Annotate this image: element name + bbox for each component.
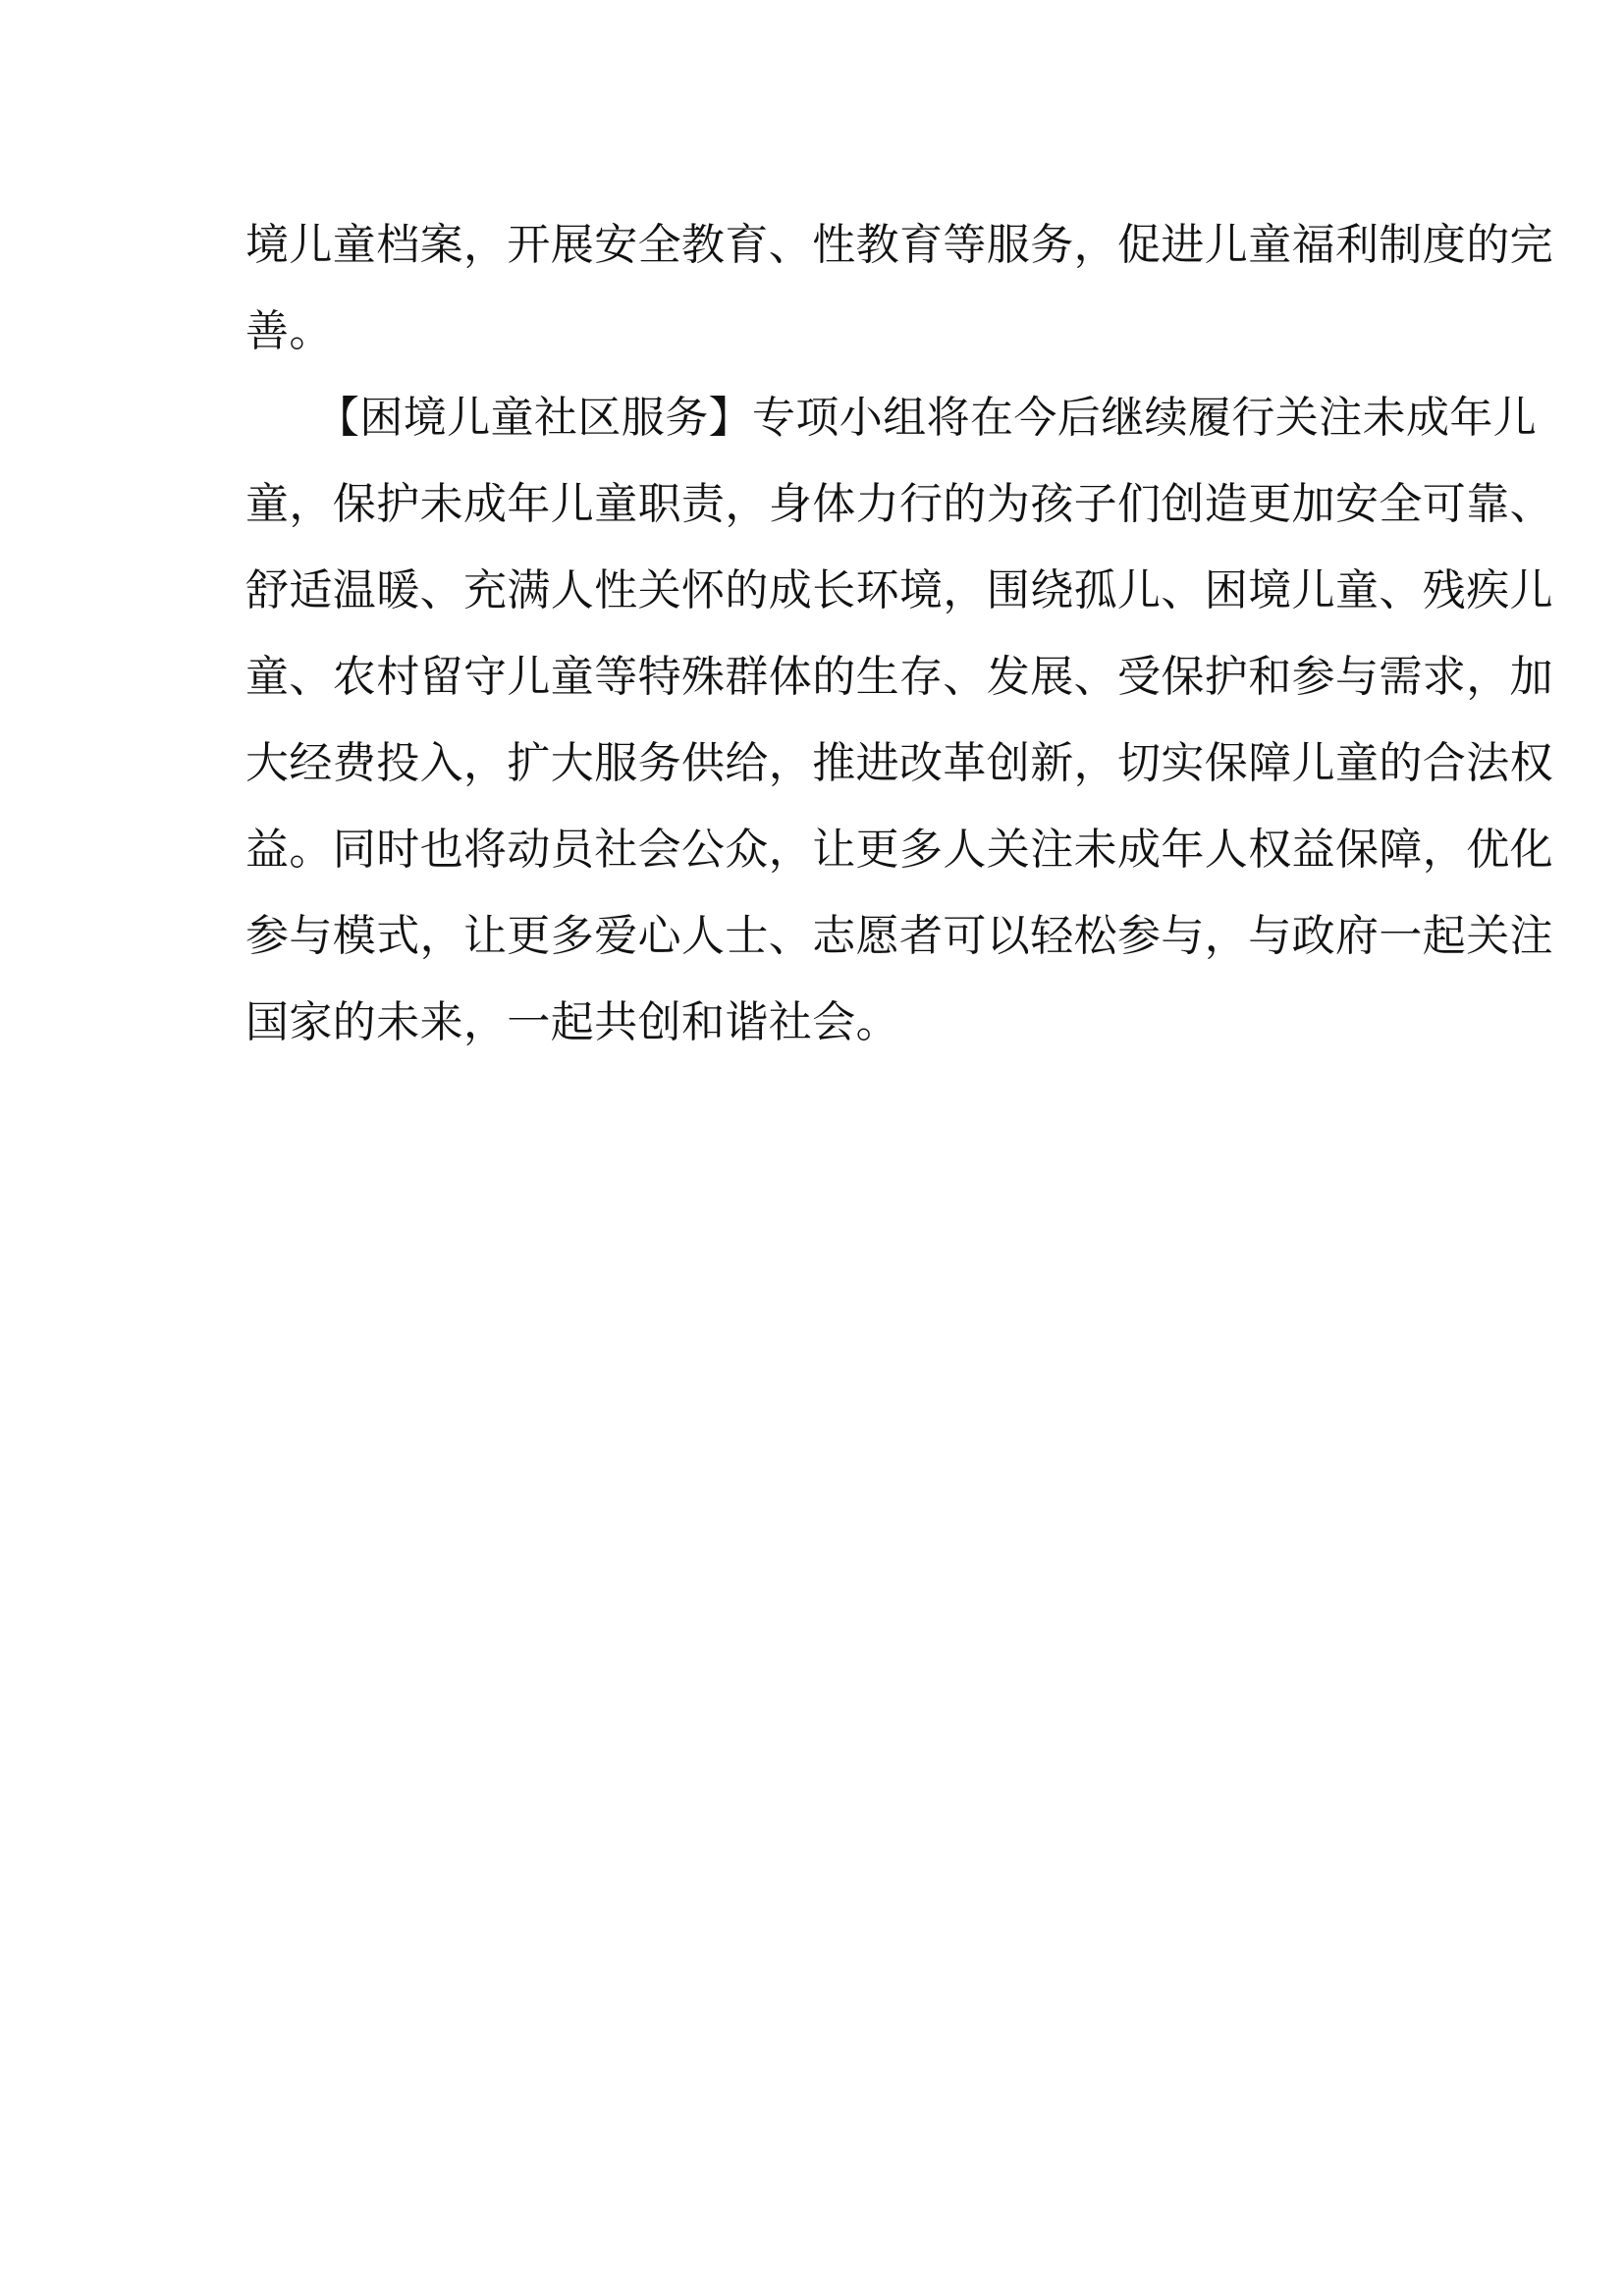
text-line: 善。 bbox=[245, 300, 1390, 387]
text-line: 境儿童档案，开展安全教育、性教育等服务，促进儿童福利制度的完 bbox=[245, 214, 1390, 300]
paragraph-1: 境儿童档案，开展安全教育、性教育等服务，促进儿童福利制度的完 善。 bbox=[245, 214, 1390, 387]
text-line: 益。同时也将动员社会公众，让更多人关注未成年人权益保障，优化 bbox=[245, 819, 1390, 905]
paragraph-2: 【困境儿童社区服务】专项小组将在今后继续履行关注未成年儿 童，保护未成年儿童职责… bbox=[245, 387, 1390, 1078]
document-body: 境儿童档案，开展安全教育、性教育等服务，促进儿童福利制度的完 善。 【困境儿童社… bbox=[245, 214, 1390, 1078]
text-line: 舒适温暖、充满人性关怀的成长环境，围绕孤儿、困境儿童、残疾儿 bbox=[245, 560, 1390, 646]
text-line: 国家的未来，一起共创和谐社会。 bbox=[245, 991, 1390, 1078]
text-line: 参与模式，让更多爱心人士、志愿者可以轻松参与，与政府一起关注 bbox=[245, 905, 1390, 991]
text-line: 童、农村留守儿童等特殊群体的生存、发展、受保护和参与需求，加 bbox=[245, 646, 1390, 732]
text-line: 童，保护未成年儿童职责，身体力行的为孩子们创造更加安全可靠、 bbox=[245, 473, 1390, 560]
document-page: 境儿童档案，开展安全教育、性教育等服务，促进儿童福利制度的完 善。 【困境儿童社… bbox=[0, 0, 1624, 2296]
text-line: 【困境儿童社区服务】专项小组将在今后继续履行关注未成年儿 bbox=[245, 387, 1390, 473]
text-line: 大经费投入，扩大服务供给，推进改革创新，切实保障儿童的合法权 bbox=[245, 732, 1390, 819]
